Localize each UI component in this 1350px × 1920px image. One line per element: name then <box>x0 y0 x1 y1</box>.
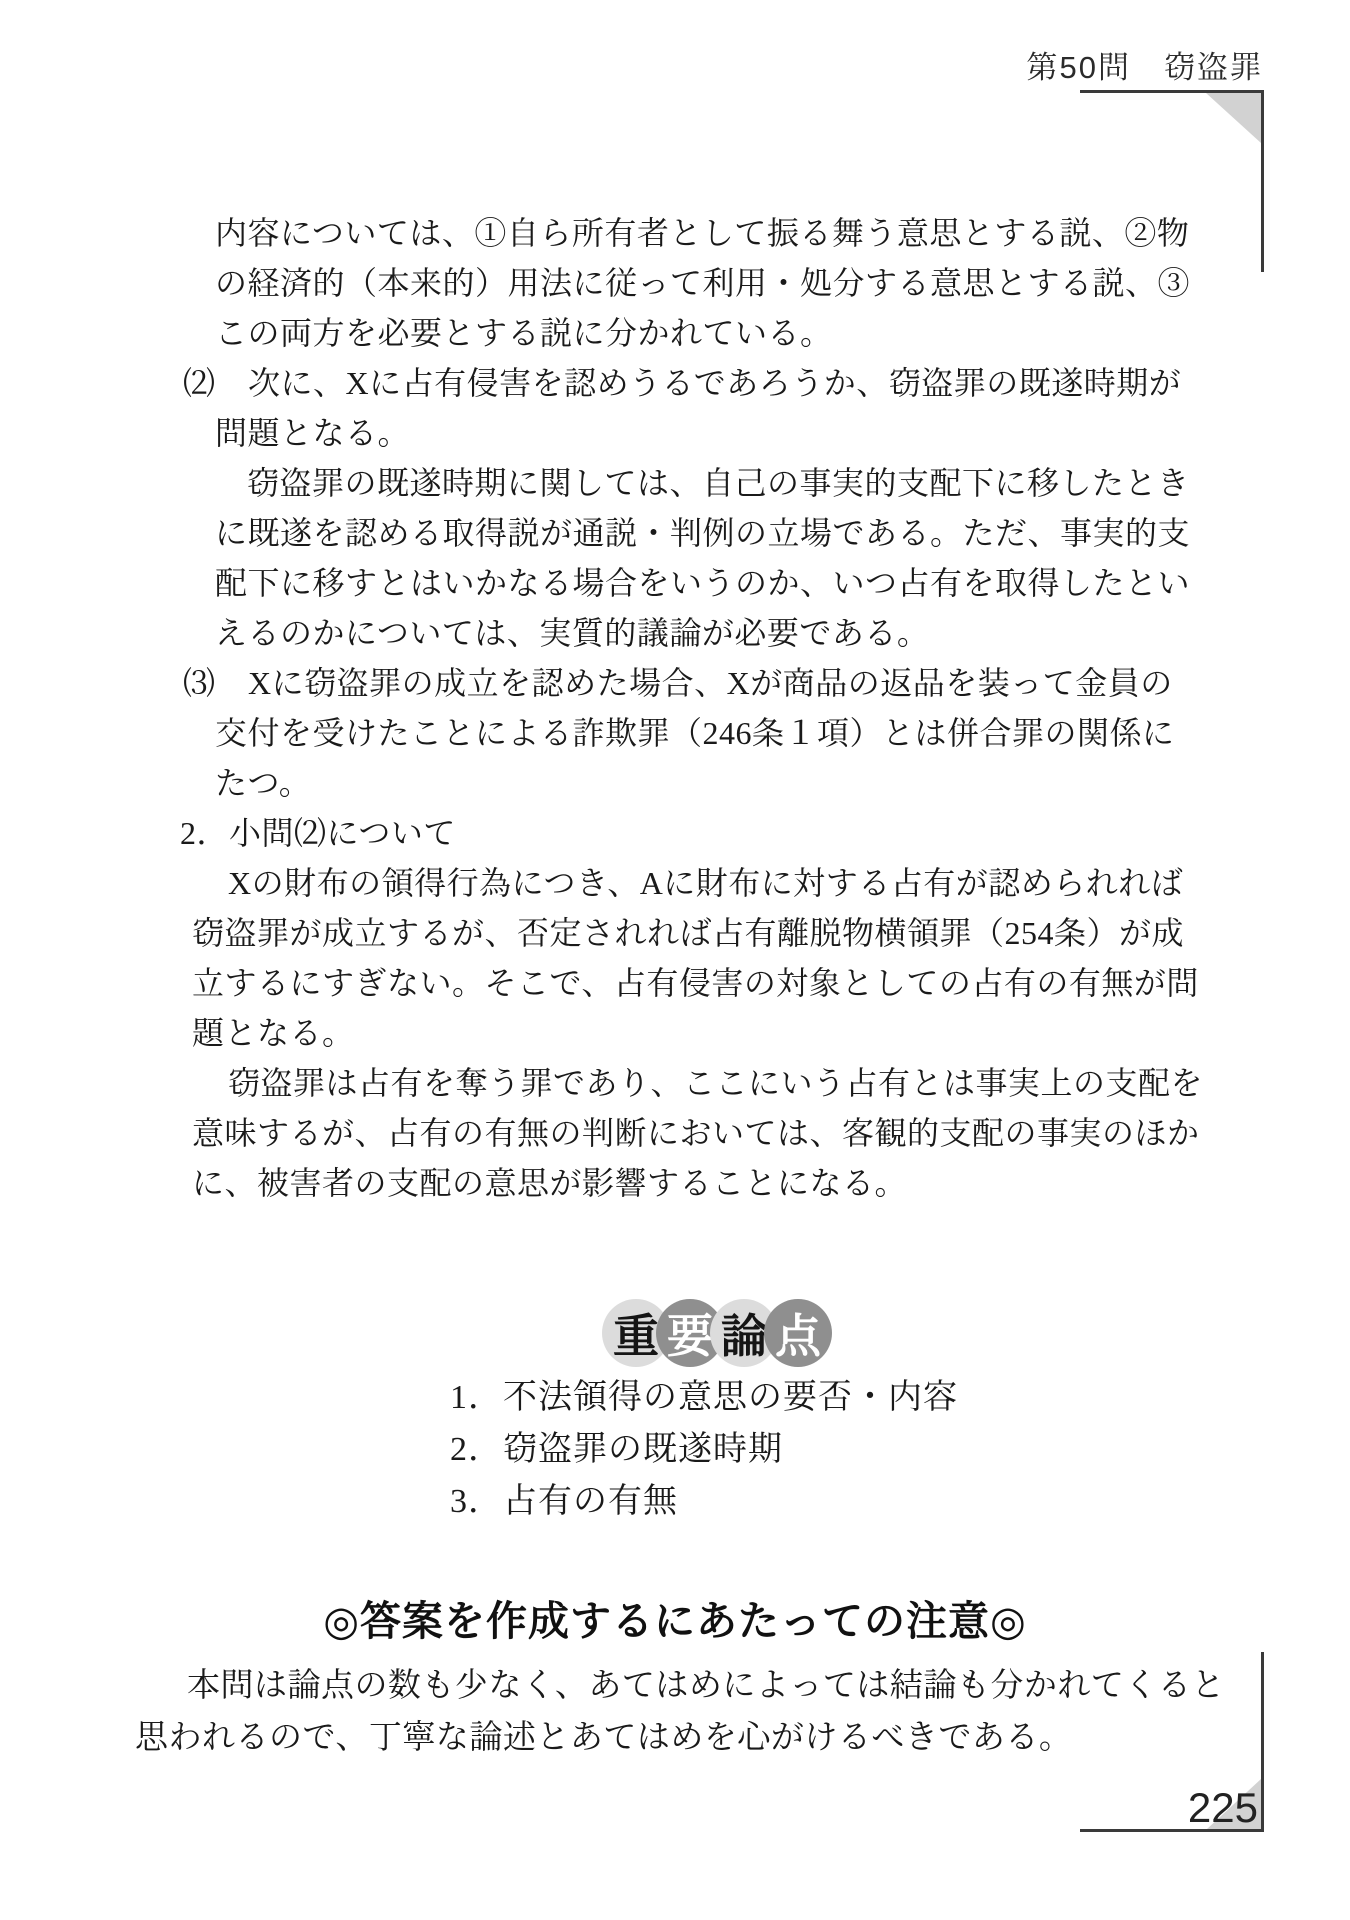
key-point-item: 1．不法領得の意思の要否・内容 <box>450 1372 958 1424</box>
text-line: 窃盗罪の既遂時期に関しては、自己の事実的支配下に移したとき <box>247 458 1350 508</box>
bottom-corner-vertical-rule <box>1261 1652 1264 1832</box>
page-number: 225 <box>1188 1784 1258 1832</box>
key-point-item: 3．占有の有無 <box>450 1476 958 1528</box>
body-text: 内容については、①自ら所有者として振る舞う意思とする説、②物の経済的（本来的）用… <box>0 208 1350 1208</box>
text-line: に既遂を認める取得説が通説・判例の立場である。ただ、事実的支 <box>215 508 1350 558</box>
text-line: 題となる。 <box>192 1008 1350 1058</box>
text-line: Xの財布の領得行為につき、Aに財布に対する占有が認められれば <box>228 858 1350 908</box>
text-line: 問題となる。 <box>215 408 1350 458</box>
text-line: 配下に移すとはいかなる場合をいうのか、いつ占有を取得したとい <box>215 558 1350 608</box>
text-line: この両方を必要とする説に分かれている。 <box>215 308 1350 358</box>
notice-heading: ◎答案を作成するにあたっての注意◎ <box>0 1588 1350 1647</box>
text-line: 2．小問⑵について <box>180 808 1350 858</box>
text-line: 立するにすぎない。そこで、占有侵害の対象としての占有の有無が問 <box>192 958 1350 1008</box>
text-line: の経済的（本来的）用法に従って利用・処分する意思とする説、③ <box>215 258 1350 308</box>
page-header: 第50問 窃盗罪 <box>1027 42 1263 87</box>
key-points-badge: 重要論点 <box>602 1299 832 1367</box>
key-points-list: 1．不法領得の意思の要否・内容2．窃盗罪の既遂時期3．占有の有無 <box>450 1372 958 1528</box>
key-point-item: 2．窃盗罪の既遂時期 <box>450 1424 958 1476</box>
text-line: 交付を受けたことによる詐欺罪（246条１項）とは併合罪の関係に <box>215 708 1350 758</box>
text-line: ⑶ Xに窃盗罪の成立を認めた場合、Xが商品の返品を装って金員の <box>183 658 1350 708</box>
notice-line: 思われるので、丁寧な論述とあてはめを心がけるべきである。 <box>135 1712 1350 1764</box>
text-line: たつ。 <box>215 758 1350 808</box>
text-line: 意味するが、占有の有無の判断においては、客観的支配の事実のほか <box>192 1108 1350 1158</box>
notice-line: 本問は論点の数も少なく、あてはめによっては結論も分かれてくると <box>187 1660 1350 1712</box>
text-line: に、被害者の支配の意思が影響することになる。 <box>192 1158 1350 1208</box>
text-line: えるのかについては、実質的議論が必要である。 <box>215 608 1350 658</box>
badge-circle: 点 <box>764 1299 832 1367</box>
text-line: 窃盗罪は占有を奪う罪であり、ここにいう占有とは事実上の支配を <box>228 1058 1350 1108</box>
notice-paragraph: 本問は論点の数も少なく、あてはめによっては結論も分かれてくると思われるので、丁寧… <box>0 1660 1350 1764</box>
text-line: 内容については、①自ら所有者として振る舞う意思とする説、②物 <box>215 208 1350 258</box>
text-line: ⑵ 次に、Xに占有侵害を認めうるであろうか、窃盗罪の既遂時期が <box>183 358 1350 408</box>
textbook-page: { "page": { "header": "第50問 窃盗罪", "page_… <box>0 0 1350 1920</box>
text-line: 窃盗罪が成立するが、否定されれば占有離脱物横領罪（254条）が成 <box>192 908 1350 958</box>
top-fold-corner-triangle <box>1206 93 1261 143</box>
